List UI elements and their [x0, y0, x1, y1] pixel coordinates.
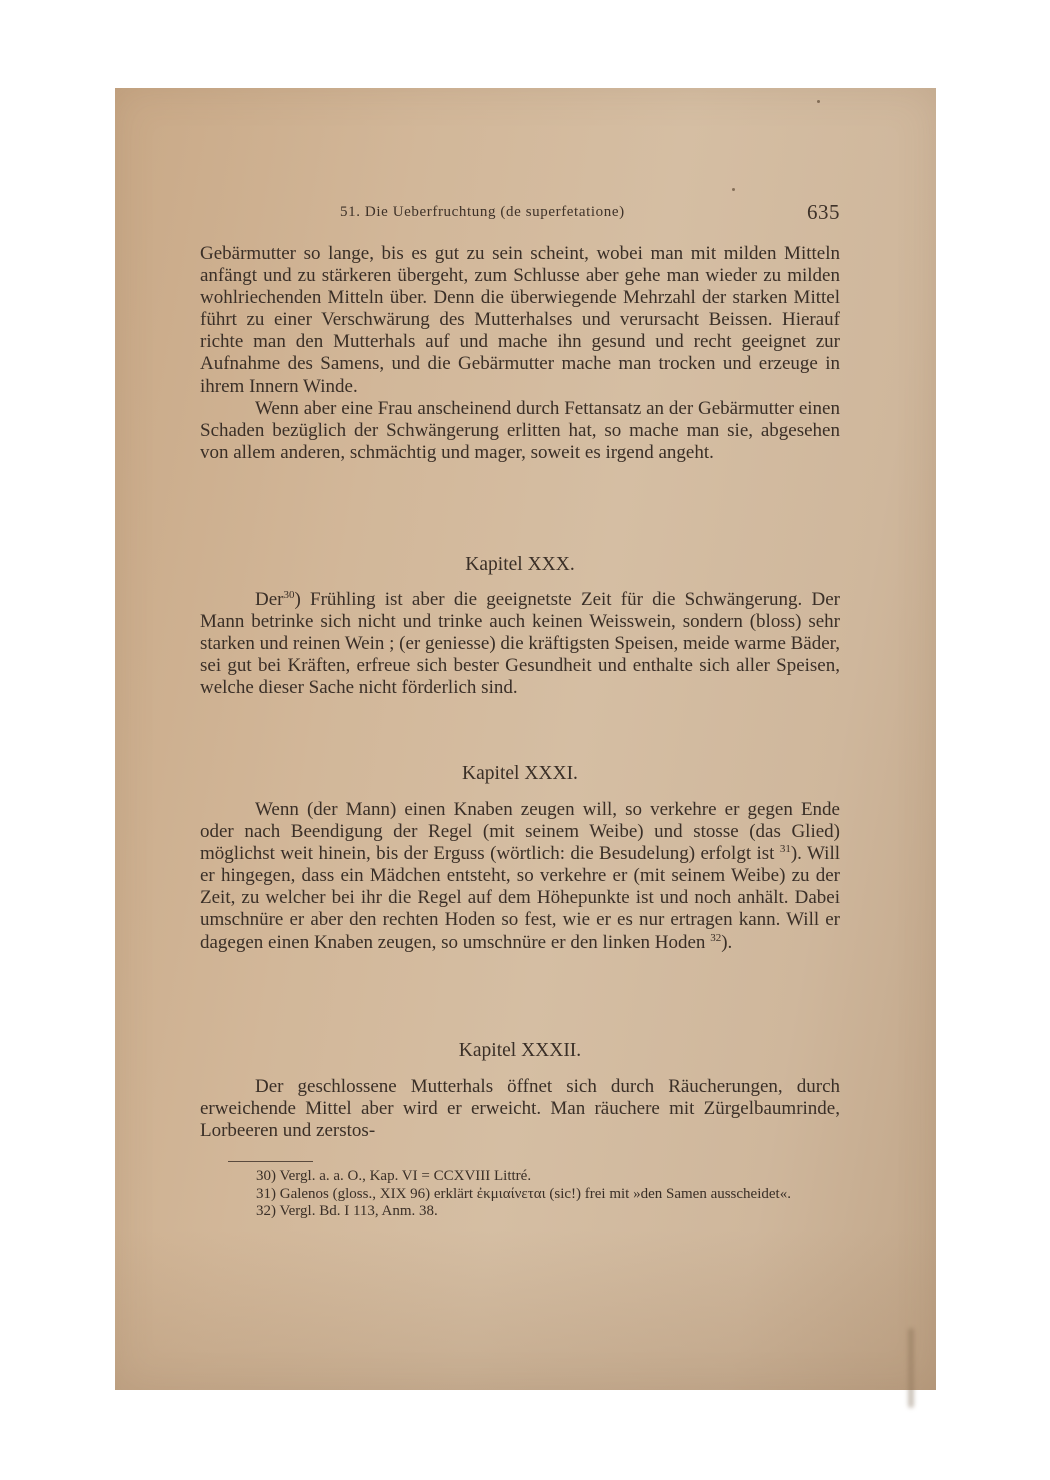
chapter-heading: Kapitel XXX.: [200, 554, 840, 576]
chapter-31-body: Wenn (der Mann) einen Knaben zeugen will…: [200, 799, 840, 954]
chapter-heading: Kapitel XXXI.: [200, 763, 840, 785]
body-paragraph: Der geschlossene Mutterhals öffnet sich …: [200, 1076, 840, 1142]
running-head-title: 51. Die Ueberfruchtung (de superfetation…: [340, 204, 625, 221]
paragraph-text: ) Frühling ist aber die geeignetste Zeit…: [200, 589, 840, 698]
chapter-31: Kapitel XXXI.: [200, 763, 840, 785]
paragraph-lead-word: Der: [255, 589, 283, 610]
footnote-separator: [228, 1161, 313, 1162]
footnote-ref[interactable]: 30: [283, 589, 294, 601]
body-paragraph: Wenn aber eine Frau anscheinend durch Fe…: [200, 398, 840, 464]
body-paragraph: Wenn (der Mann) einen Knaben zeugen will…: [200, 799, 840, 954]
chapter-30: Kapitel XXX.: [200, 554, 840, 576]
paragraph-continuation: Gebärmutter so lange, bis es gut zu sein…: [200, 243, 840, 464]
page-speck: [732, 188, 735, 191]
footnote-32: 32) Vergl. Bd. I 113, Anm. 38.: [200, 1203, 840, 1221]
footnotes: 30) Vergl. a. a. O., Kap. VI = CCXVIII L…: [200, 1168, 840, 1221]
page-smudge: [908, 1328, 914, 1408]
chapter-heading: Kapitel XXXII.: [200, 1040, 840, 1062]
page-number: 635: [807, 200, 840, 225]
chapter-30-body: Der30) Frühling ist aber die geeignetste…: [200, 589, 840, 699]
footnote-ref[interactable]: 32: [710, 932, 721, 944]
footnote-31: 31) Galenos (gloss., XIX 96) erklärt ἐκμ…: [200, 1186, 840, 1204]
chapter-32: Kapitel XXXII.: [200, 1040, 840, 1062]
footnote-30: 30) Vergl. a. a. O., Kap. VI = CCXVIII L…: [200, 1168, 840, 1186]
paragraph-text: ).: [721, 932, 732, 953]
paragraph-text: Wenn (der Mann) einen Knaben zeugen will…: [200, 799, 840, 864]
footnote-ref[interactable]: 31: [780, 843, 791, 855]
body-paragraph: Gebärmutter so lange, bis es gut zu sein…: [200, 243, 840, 398]
page-speck: [817, 100, 820, 103]
body-paragraph: Der30) Frühling ist aber die geeignetste…: [200, 589, 840, 699]
chapter-32-body: Der geschlossene Mutterhals öffnet sich …: [200, 1076, 840, 1142]
